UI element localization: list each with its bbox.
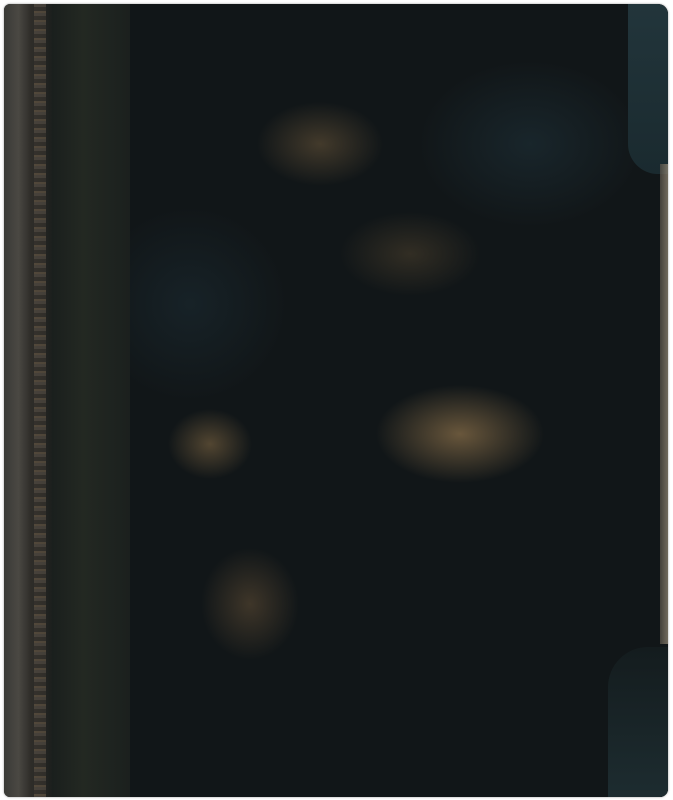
cover-hinge <box>52 4 130 797</box>
cover-board <box>130 4 668 797</box>
book-cover <box>4 4 668 797</box>
top-right-corner <box>628 4 668 174</box>
bottom-right-corner <box>608 647 668 797</box>
page-fore-edge <box>660 164 668 644</box>
spine-worn-edge <box>34 4 46 797</box>
